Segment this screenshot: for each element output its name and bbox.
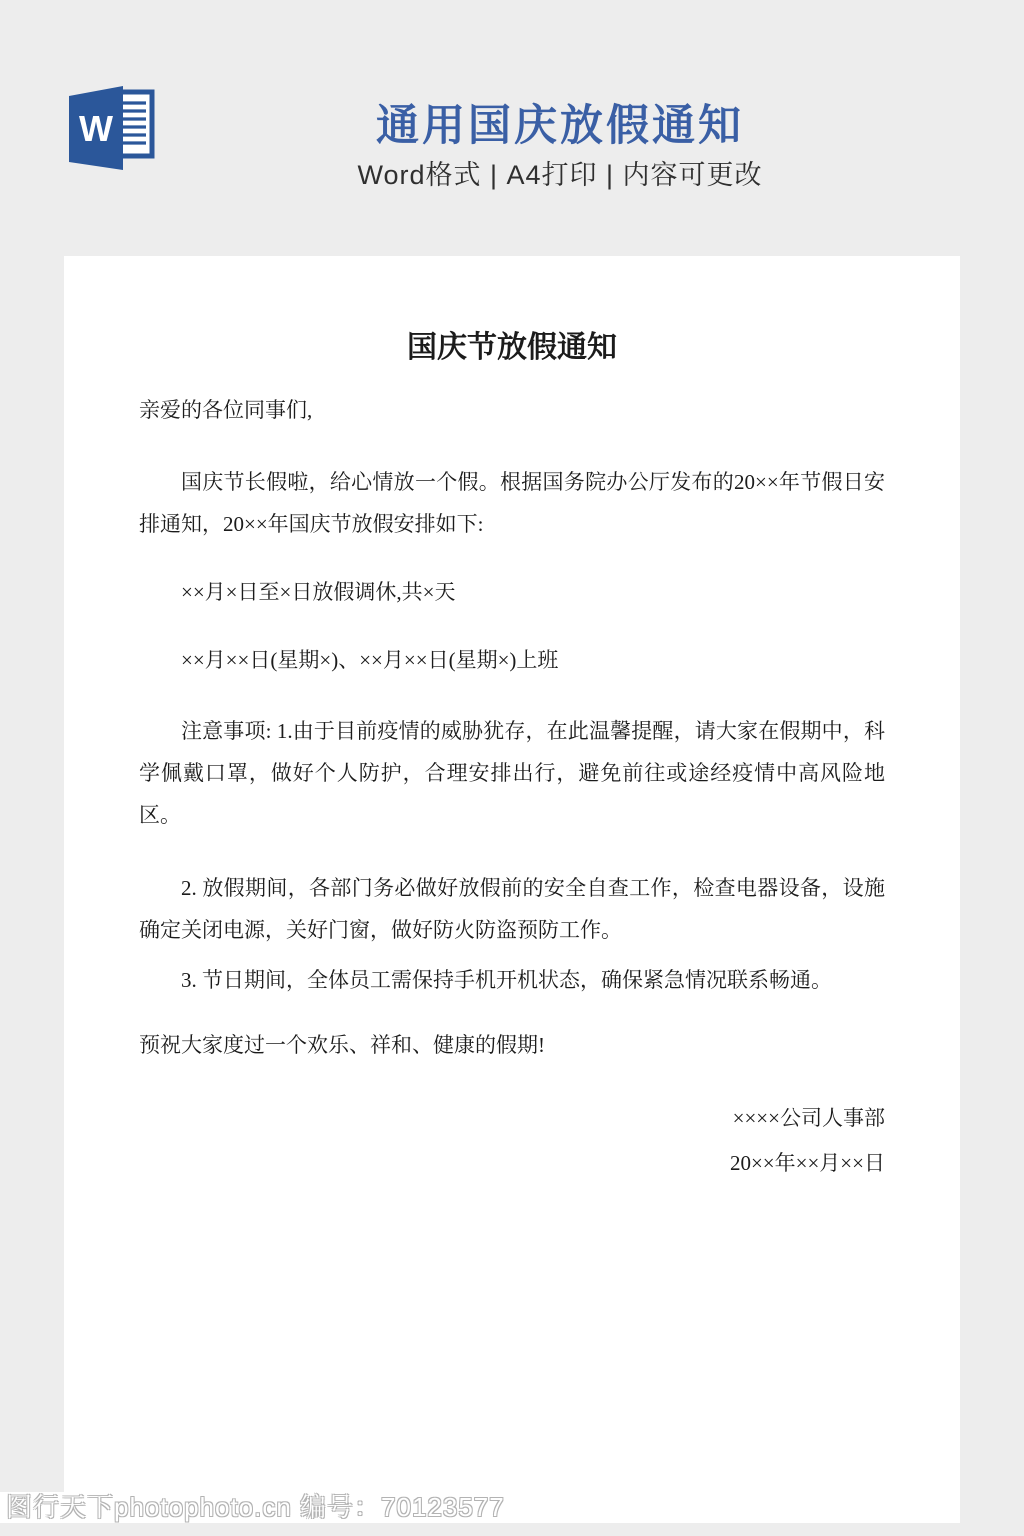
paragraph-wish: 预祝大家度过一个欢乐、祥和、健康的假期!	[139, 1024, 885, 1066]
paragraph-intro: 国庆节长假啦，给心情放一个假。根据国务院办公厅发布的20××年节假日安排通知，2…	[139, 461, 885, 545]
date-line: 20××年××月××日	[139, 1142, 885, 1184]
paragraph-notice-3: 3. 节日期间，全体员工需保持手机开机状态，确保紧急情况联系畅通。	[139, 959, 885, 1001]
paragraph-notice-1: 注意事项: 1.由于目前疫情的威胁犹存，在此温馨提醒，请大家在假期中，科学佩戴口…	[139, 710, 885, 836]
paragraph-holiday-dates: ××月×日至×日放假调休,共×天	[139, 571, 885, 613]
template-preview-canvas: W 通用国庆放假通知 Word格式 | A4打印 | 内容可更改 国庆节放假通知…	[0, 0, 1024, 1536]
watermark-band: 图行天下photophoto.cn 编号：70123577	[0, 1492, 960, 1523]
paragraph-notice-2: 2. 放假期间，各部门务必做好放假前的安全自查工作，检查电器设备，设施确定关闭电…	[139, 867, 885, 951]
paragraph-salutation: 亲爱的各位同事们,	[139, 389, 885, 431]
document-page: 国庆节放假通知 亲爱的各位同事们, 国庆节长假啦，给心情放一个假。根据国务院办公…	[64, 256, 960, 1523]
watermark-text: 图行天下photophoto.cn 编号：70123577	[0, 1492, 960, 1523]
signature-line: ××××公司人事部	[139, 1097, 885, 1139]
paragraph-workdays: ××月××日(星期×)、××月××日(星期×)上班	[139, 639, 885, 681]
document-title: 国庆节放假通知	[139, 327, 885, 369]
template-subtitle: Word格式 | A4打印 | 内容可更改	[100, 153, 1020, 192]
template-title: 通用国庆放假通知	[100, 92, 1020, 153]
